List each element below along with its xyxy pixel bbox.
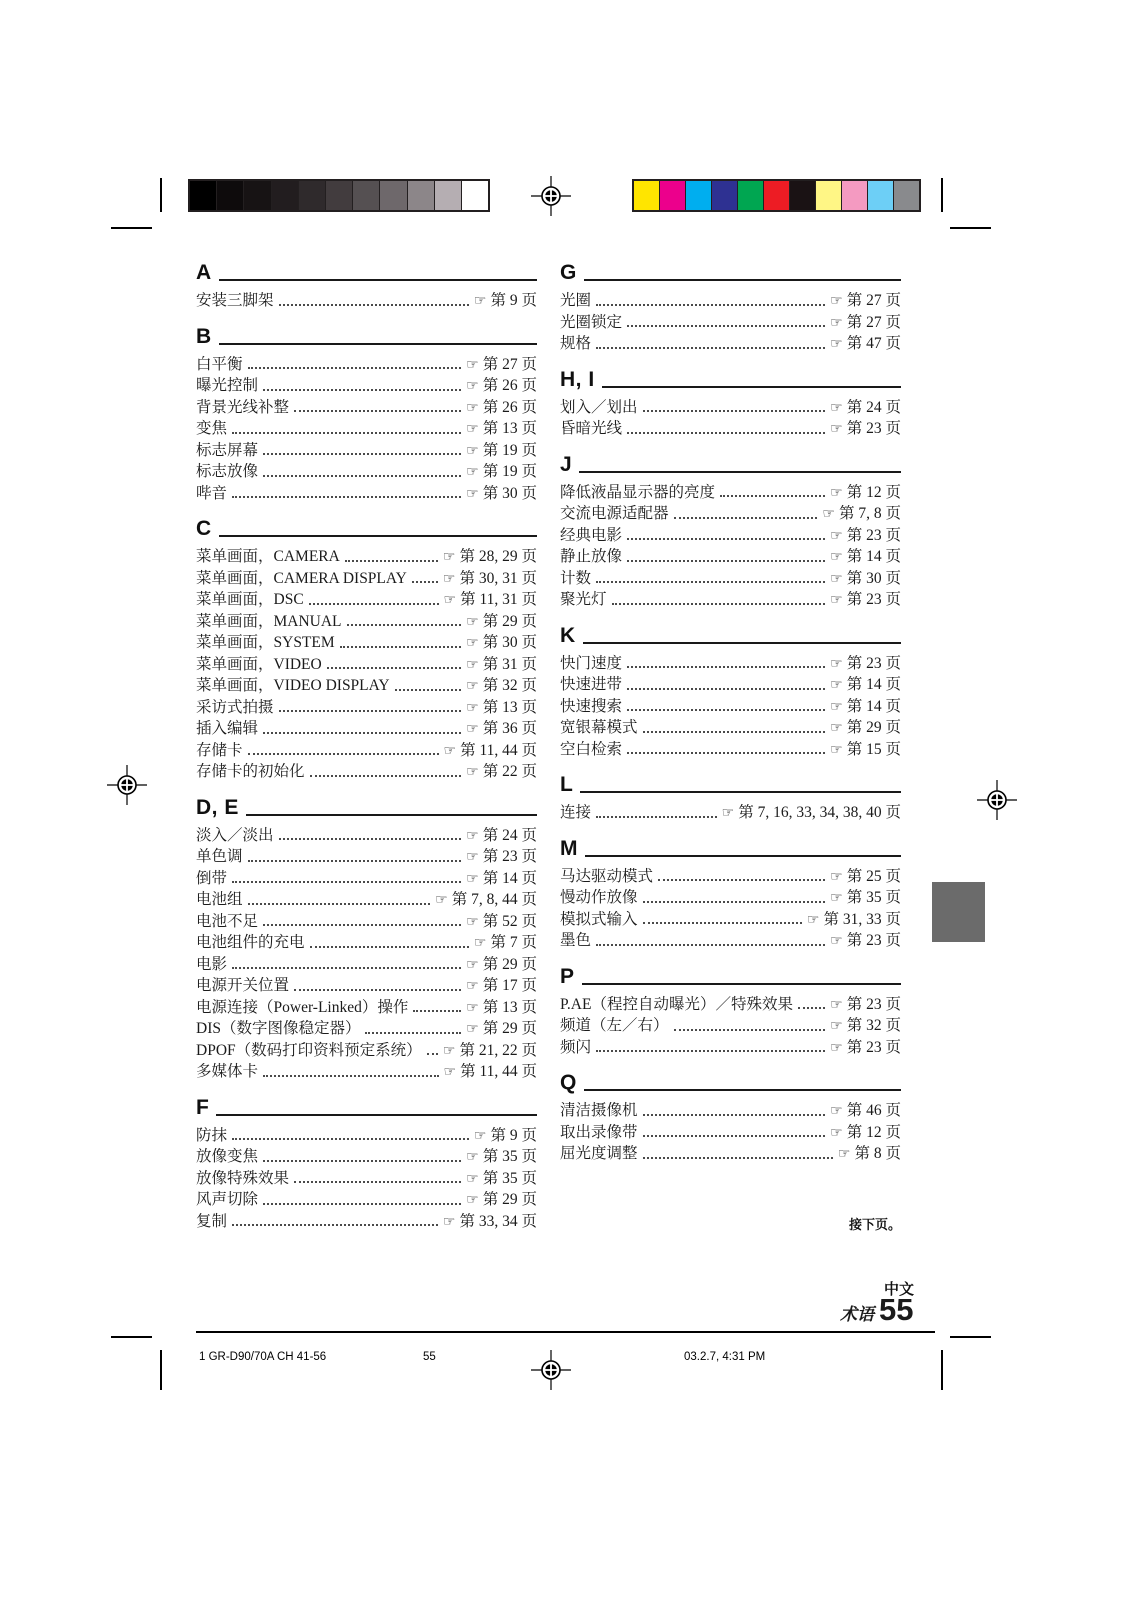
entry-term: 降低液晶显示器的亮度: [560, 480, 715, 502]
pointing-hand-icon: ☞: [830, 571, 843, 587]
entry-term: DIS（数字图像稳定器）: [196, 1016, 360, 1038]
pointing-hand-icon: ☞: [466, 957, 479, 973]
dot-leader: [643, 1157, 833, 1159]
pointing-hand-icon: ☞: [838, 1146, 851, 1162]
entry-term: 宽银幕模式: [560, 715, 638, 737]
entry-page-ref: 第 14 页: [483, 866, 537, 888]
registration-mark-icon: [531, 176, 571, 216]
section-letter: C: [196, 518, 212, 539]
dot-leader: [596, 944, 825, 946]
pointing-hand-icon: ☞: [444, 592, 457, 608]
dot-leader: [643, 1114, 826, 1116]
index-section: H, I划入／划出☞第 24 页昏暗光线☞第 23 页: [560, 365, 901, 438]
index-entry: 背景光线补整☞第 26 页: [196, 395, 537, 417]
entry-page-ref: 第 30 页: [847, 566, 901, 588]
entry-term: 电源开关位置: [196, 973, 289, 995]
dot-leader: [596, 816, 717, 818]
dot-leader: [720, 495, 825, 497]
entry-page-ref: 第 23 页: [847, 928, 901, 950]
pointing-hand-icon: ☞: [466, 678, 479, 694]
entry-term: 光圈锁定: [560, 310, 622, 332]
section-rule: [580, 791, 901, 793]
entry-page-ref: 第 23 页: [847, 587, 901, 609]
pointing-hand-icon: ☞: [443, 571, 456, 587]
index-entry: 单色调☞第 23 页: [196, 844, 537, 866]
entry-page-ref: 第 35 页: [847, 885, 901, 907]
section-header: J: [560, 450, 901, 475]
entry-term: 经典电影: [560, 523, 622, 545]
pointing-hand-icon: ☞: [443, 1214, 456, 1230]
index-entry: 频道（左／右）☞第 32 页: [560, 1013, 901, 1035]
entry-term: 变焦: [196, 416, 227, 438]
calibration-swatch: [326, 181, 353, 210]
dot-leader: [248, 903, 431, 905]
section-rule: [219, 535, 537, 537]
entry-term: 曝光控制: [196, 373, 258, 395]
dot-leader: [627, 709, 825, 711]
entry-term: 标志放像: [196, 459, 258, 481]
pointing-hand-icon: ☞: [474, 293, 487, 309]
dot-leader: [232, 1138, 469, 1140]
index-entry: 存储卡的初始化☞第 22 页: [196, 759, 537, 781]
entry-term: 电源连接（Power-Linked）操作: [196, 995, 408, 1017]
pointing-hand-icon: ☞: [830, 549, 843, 565]
section-letter: H, I: [560, 369, 595, 390]
pointing-hand-icon: ☞: [807, 912, 820, 928]
dot-leader: [612, 603, 826, 605]
index-entry: 电源连接（Power-Linked）操作☞第 13 页: [196, 995, 537, 1017]
index-section: F防抹☞第 9 页放像变焦☞第 35 页放像特殊效果☞第 35 页风声切除☞第 …: [196, 1093, 537, 1231]
calibration-swatch: [816, 181, 842, 210]
entry-page-ref: 第 29 页: [483, 952, 537, 974]
entry-page-ref: 第 24 页: [847, 395, 901, 417]
index-column-right: G光圈☞第 27 页光圈锁定☞第 27 页规格☞第 47 页H, I划入／划出☞…: [560, 258, 901, 1175]
pointing-hand-icon: ☞: [830, 890, 843, 906]
section-letter: B: [196, 326, 212, 347]
index-section: D, E淡入／淡出☞第 24 页单色调☞第 23 页倒带☞第 14 页电池组☞第…: [196, 793, 537, 1081]
index-entry: 交流电源适配器☞第 7, 8 页: [560, 501, 901, 523]
dot-leader: [627, 538, 825, 540]
entry-page-ref: 第 30 页: [483, 481, 537, 503]
section-letter: P: [560, 966, 575, 987]
dot-leader: [643, 1135, 826, 1137]
index-entry: DIS（数字图像稳定器）☞第 29 页: [196, 1016, 537, 1038]
pointing-hand-icon: ☞: [830, 400, 843, 416]
index-section: B白平衡☞第 27 页曝光控制☞第 26 页背景光线补整☞第 26 页变焦☞第 …: [196, 322, 537, 503]
entry-term: 电池不足: [196, 909, 258, 931]
pointing-hand-icon: ☞: [466, 657, 479, 673]
color-calibration-bar: [632, 179, 921, 212]
section-header: M: [560, 834, 901, 859]
index-entry: 菜单画面，CAMERA☞第 28, 29 页: [196, 544, 537, 566]
entry-page-ref: 第 31 页: [483, 652, 537, 674]
entry-page-ref: 第 25 页: [847, 864, 901, 886]
entry-page-ref: 第 7 页: [490, 930, 537, 952]
entry-term: 哔音: [196, 481, 227, 503]
pointing-hand-icon: ☞: [466, 635, 479, 651]
calibration-swatch: [790, 181, 816, 210]
entry-term: 空白检索: [560, 737, 622, 759]
pointing-hand-icon: ☞: [466, 1000, 479, 1016]
pointing-hand-icon: ☞: [474, 1128, 487, 1144]
section-rule: [585, 855, 901, 857]
index-entry: 计数☞第 30 页: [560, 566, 901, 588]
pointing-hand-icon: ☞: [722, 805, 735, 821]
calibration-swatch: [712, 181, 738, 210]
section-header: A: [196, 258, 537, 283]
index-entry: 白平衡☞第 27 页: [196, 352, 537, 374]
crop-mark: [160, 1350, 162, 1390]
entry-page-ref: 第 32 页: [847, 1013, 901, 1035]
dot-leader: [365, 1032, 461, 1034]
dot-leader: [627, 688, 825, 690]
index-entry: 划入／划出☞第 24 页: [560, 395, 901, 417]
index-entry: P.AE（程控自动曝光）／特殊效果☞第 23 页: [560, 992, 901, 1014]
entry-page-ref: 第 17 页: [483, 973, 537, 995]
entry-page-ref: 第 12 页: [847, 1120, 901, 1142]
section-rule: [602, 386, 901, 388]
dot-leader: [658, 879, 825, 881]
entry-page-ref: 第 52 页: [483, 909, 537, 931]
entry-term: 快速搜索: [560, 694, 622, 716]
pointing-hand-icon: ☞: [474, 935, 487, 951]
index-entry: 菜单画面，VIDEO☞第 31 页: [196, 652, 537, 674]
entry-page-ref: 第 8 页: [854, 1141, 901, 1163]
pointing-hand-icon: ☞: [466, 1192, 479, 1208]
calibration-swatch: [190, 181, 217, 210]
calibration-swatch: [634, 181, 660, 210]
dot-leader: [232, 1224, 438, 1226]
pointing-hand-icon: ☞: [466, 978, 479, 994]
pointing-hand-icon: ☞: [830, 720, 843, 736]
pointing-hand-icon: ☞: [830, 742, 843, 758]
index-entry: 快速搜索☞第 14 页: [560, 694, 901, 716]
pointing-hand-icon: ☞: [466, 400, 479, 416]
entry-page-ref: 第 46 页: [847, 1098, 901, 1120]
footer-timestamp: 03.2.7, 4:31 PM: [684, 1351, 765, 1363]
entry-page-ref: 第 9 页: [490, 1123, 537, 1145]
dot-leader: [627, 666, 825, 668]
index-section: J降低液晶显示器的亮度☞第 12 页交流电源适配器☞第 7, 8 页经典电影☞第…: [560, 450, 901, 609]
pointing-hand-icon: ☞: [830, 421, 843, 437]
entry-page-ref: 第 23 页: [483, 844, 537, 866]
index-entry: 聚光灯☞第 23 页: [560, 587, 901, 609]
calibration-swatch: [842, 181, 868, 210]
pointing-hand-icon: ☞: [444, 1064, 457, 1080]
index-entry: 多媒体卡☞第 11, 44 页: [196, 1059, 537, 1081]
pointing-hand-icon: ☞: [830, 1125, 843, 1141]
section-rule: [219, 279, 537, 281]
section-header: P: [560, 962, 901, 987]
dot-leader: [294, 410, 461, 412]
entry-page-ref: 第 29 页: [483, 1187, 537, 1209]
pointing-hand-icon: ☞: [466, 764, 479, 780]
entry-term: 风声切除: [196, 1187, 258, 1209]
crop-mark: [950, 1336, 991, 1338]
section-rule: [579, 471, 901, 473]
entry-term: 交流电源适配器: [560, 501, 669, 523]
entry-term: 菜单画面，SYSTEM: [196, 630, 335, 652]
entry-term: 频道（左／右）: [560, 1013, 669, 1035]
entry-page-ref: 第 15 页: [847, 737, 901, 759]
dot-leader: [674, 517, 818, 519]
entry-page-ref: 第 27 页: [847, 310, 901, 332]
crop-mark: [950, 227, 991, 229]
entry-page-ref: 第 19 页: [483, 459, 537, 481]
section-header: B: [196, 322, 537, 347]
entry-term: 菜单画面，DSC: [196, 587, 304, 609]
pointing-hand-icon: ☞: [830, 1103, 843, 1119]
index-section: G光圈☞第 27 页光圈锁定☞第 27 页规格☞第 47 页: [560, 258, 901, 353]
calibration-swatch: [738, 181, 764, 210]
pointing-hand-icon: ☞: [830, 699, 843, 715]
entry-term: 采访式拍摄: [196, 695, 274, 717]
entry-term: 取出录像带: [560, 1120, 638, 1142]
index-entry: 复制☞第 33, 34 页: [196, 1209, 537, 1231]
section-letter: J: [560, 454, 572, 475]
entry-page-ref: 第 13 页: [483, 416, 537, 438]
entry-term: 慢动作放像: [560, 885, 638, 907]
dot-leader: [596, 581, 825, 583]
section-header: Q: [560, 1068, 901, 1093]
calibration-swatch: [764, 181, 790, 210]
index-entry: 静止放像☞第 14 页: [560, 544, 901, 566]
entry-page-ref: 第 9 页: [490, 288, 537, 310]
section-letter: L: [560, 774, 573, 795]
index-entry: 电池不足☞第 52 页: [196, 909, 537, 931]
index-entry: 慢动作放像☞第 35 页: [560, 885, 901, 907]
entry-page-ref: 第 13 页: [483, 995, 537, 1017]
registration-mark-icon: [531, 1350, 571, 1390]
entry-term: DPOF（数码打印资料预定系统）: [196, 1038, 422, 1060]
dot-leader: [310, 775, 462, 777]
entry-page-ref: 第 23 页: [847, 992, 901, 1014]
dot-leader: [596, 1050, 825, 1052]
dot-leader: [345, 560, 438, 562]
index-entry: DPOF（数码打印资料预定系统）☞第 21, 22 页: [196, 1038, 537, 1060]
entry-page-ref: 第 23 页: [847, 416, 901, 438]
section-header: L: [560, 770, 901, 795]
crop-mark: [111, 1336, 152, 1338]
dot-leader: [412, 581, 438, 583]
pointing-hand-icon: ☞: [466, 1171, 479, 1187]
entry-term: 白平衡: [196, 352, 243, 374]
entry-term: 放像特殊效果: [196, 1166, 289, 1188]
manual-index-page: A安装三脚架☞第 9 页B白平衡☞第 27 页曝光控制☞第 26 页背景光线补整…: [0, 0, 1131, 1600]
dot-leader: [643, 922, 802, 924]
entry-term: 淡入／淡出: [196, 823, 274, 845]
pointing-hand-icon: ☞: [466, 421, 479, 437]
index-entry: 取出录像带☞第 12 页: [560, 1120, 901, 1142]
section-rule: [583, 642, 901, 644]
section-tab-marker: [932, 882, 985, 942]
entry-page-ref: 第 24 页: [483, 823, 537, 845]
continue-note: 接下页。: [849, 1214, 901, 1233]
calibration-swatch: [660, 181, 686, 210]
index-entry: 电源开关位置☞第 17 页: [196, 973, 537, 995]
index-entry: 哔音☞第 30 页: [196, 481, 537, 503]
dot-leader: [627, 325, 825, 327]
pointing-hand-icon: ☞: [466, 357, 479, 373]
section-header: K: [560, 621, 901, 646]
index-entry: 放像变焦☞第 35 页: [196, 1144, 537, 1166]
pointing-hand-icon: ☞: [830, 1018, 843, 1034]
entry-term: 电池组件的充电: [196, 930, 305, 952]
pointing-hand-icon: ☞: [435, 892, 448, 908]
index-entry: 曝光控制☞第 26 页: [196, 373, 537, 395]
entry-page-ref: 第 27 页: [847, 288, 901, 310]
entry-term: 电池组: [196, 887, 243, 909]
index-entry: 光圈☞第 27 页: [560, 288, 901, 310]
entry-page-ref: 第 11, 31 页: [460, 587, 537, 609]
entry-term: 菜单画面，VIDEO: [196, 652, 322, 674]
section-header: C: [196, 514, 537, 539]
section-letter: G: [560, 262, 577, 283]
dot-leader: [627, 432, 825, 434]
index-entry: 标志放像☞第 19 页: [196, 459, 537, 481]
pointing-hand-icon: ☞: [830, 869, 843, 885]
dot-leader: [294, 1181, 461, 1183]
dot-leader: [263, 1075, 438, 1077]
entry-term: 快速进带: [560, 672, 622, 694]
section-header: H, I: [560, 365, 901, 390]
calibration-swatch: [353, 181, 380, 210]
index-entry: 模拟式输入☞第 31, 33 页: [560, 907, 901, 929]
entry-page-ref: 第 11, 44 页: [460, 738, 537, 760]
entry-term: P.AE（程控自动曝光）／特殊效果: [560, 992, 793, 1014]
index-section: M马达驱动模式☞第 25 页慢动作放像☞第 35 页模拟式输入☞第 31, 33…: [560, 834, 901, 950]
index-entry: 菜单画面，DSC☞第 11, 31 页: [196, 587, 537, 609]
dot-leader: [427, 1053, 438, 1055]
index-entry: 防抹☞第 9 页: [196, 1123, 537, 1145]
crop-mark: [941, 178, 943, 212]
entry-page-ref: 第 31, 33 页: [823, 907, 901, 929]
dot-leader: [232, 432, 461, 434]
entry-page-ref: 第 7, 8, 44 页: [452, 887, 537, 909]
index-entry: 清洁摄像机☞第 46 页: [560, 1098, 901, 1120]
entry-term: 插入编辑: [196, 716, 258, 738]
entry-page-ref: 第 23 页: [847, 651, 901, 673]
section-letter: F: [196, 1097, 209, 1118]
dot-leader: [279, 838, 462, 840]
dot-leader: [643, 410, 826, 412]
dot-leader: [279, 304, 469, 306]
index-section: K快门速度☞第 23 页快速进带☞第 14 页快速搜索☞第 14 页宽银幕模式☞…: [560, 621, 901, 759]
section-letter: M: [560, 838, 578, 859]
index-entry: 风声切除☞第 29 页: [196, 1187, 537, 1209]
index-entry: 菜单画面，CAMERA DISPLAY☞第 30, 31 页: [196, 566, 537, 588]
section-rule: [584, 1089, 901, 1091]
entry-page-ref: 第 23 页: [847, 1035, 901, 1057]
index-entry: 昏暗光线☞第 23 页: [560, 416, 901, 438]
section-letter: A: [196, 262, 212, 283]
pointing-hand-icon: ☞: [466, 1149, 479, 1165]
dot-leader: [263, 453, 461, 455]
entry-term: 菜单画面，CAMERA: [196, 544, 340, 566]
calibration-swatch: [299, 181, 326, 210]
section-letter: D, E: [196, 797, 239, 818]
glossary-page-label: 术语 55: [840, 1294, 913, 1325]
entry-page-ref: 第 22 页: [483, 759, 537, 781]
entry-term: 昏暗光线: [560, 416, 622, 438]
index-section: Q清洁摄像机☞第 46 页取出录像带☞第 12 页屈光度调整☞第 8 页: [560, 1068, 901, 1163]
index-section: A安装三脚架☞第 9 页: [196, 258, 537, 310]
entry-page-ref: 第 33, 34 页: [459, 1209, 537, 1231]
dot-leader: [596, 347, 825, 349]
index-entry: 放像特殊效果☞第 35 页: [196, 1166, 537, 1188]
pointing-hand-icon: ☞: [830, 336, 843, 352]
section-letter: Q: [560, 1072, 577, 1093]
entry-page-ref: 第 13 页: [483, 695, 537, 717]
entry-term: 单色调: [196, 844, 243, 866]
entry-term: 多媒体卡: [196, 1059, 258, 1081]
dot-leader: [627, 560, 825, 562]
dot-leader: [643, 901, 826, 903]
dot-leader: [294, 989, 461, 991]
entry-page-ref: 第 29 页: [483, 609, 537, 631]
index-section: PP.AE（程控自动曝光）／特殊效果☞第 23 页频道（左／右）☞第 32 页频…: [560, 962, 901, 1057]
section-letter: K: [560, 625, 576, 646]
dot-leader: [263, 475, 461, 477]
entry-page-ref: 第 30 页: [483, 630, 537, 652]
calibration-swatch: [217, 181, 244, 210]
calibration-swatch: [686, 181, 712, 210]
index-entry: 频闪☞第 23 页: [560, 1035, 901, 1057]
entry-term: 防抹: [196, 1123, 227, 1145]
pointing-hand-icon: ☞: [466, 614, 479, 630]
index-section: C菜单画面，CAMERA☞第 28, 29 页菜单画面，CAMERA DISPL…: [196, 514, 537, 781]
page-number: 55: [879, 1294, 913, 1325]
entry-page-ref: 第 7, 8 页: [839, 501, 901, 523]
pointing-hand-icon: ☞: [466, 871, 479, 887]
section-rule: [584, 279, 901, 281]
section-rule: [216, 1114, 537, 1116]
pointing-hand-icon: ☞: [443, 1043, 456, 1059]
entry-page-ref: 第 23 页: [847, 523, 901, 545]
entry-page-ref: 第 14 页: [847, 672, 901, 694]
entry-term: 规格: [560, 331, 591, 353]
index-entry: 淡入／淡出☞第 24 页: [196, 823, 537, 845]
dot-leader: [347, 624, 462, 626]
entry-term: 计数: [560, 566, 591, 588]
dot-leader: [340, 646, 462, 648]
section-header: G: [560, 258, 901, 283]
pointing-hand-icon: ☞: [466, 849, 479, 865]
index-entry: 标志屏幕☞第 19 页: [196, 438, 537, 460]
entry-page-ref: 第 7, 16, 33, 34, 38, 40 页: [738, 800, 901, 822]
pointing-hand-icon: ☞: [466, 700, 479, 716]
bottom-rule: [196, 1331, 935, 1333]
entry-term: 静止放像: [560, 544, 622, 566]
entry-term: 菜单画面，MANUAL: [196, 609, 342, 631]
pointing-hand-icon: ☞: [466, 443, 479, 459]
registration-mark-icon: [107, 765, 147, 805]
entry-term: 屈光度调整: [560, 1141, 638, 1163]
index-entry: 经典电影☞第 23 页: [560, 523, 901, 545]
dot-leader: [263, 924, 461, 926]
dot-leader: [232, 496, 461, 498]
entry-page-ref: 第 47 页: [847, 331, 901, 353]
dot-leader: [248, 367, 462, 369]
entry-term: 倒带: [196, 866, 227, 888]
section-rule: [582, 983, 901, 985]
entry-term: 安装三脚架: [196, 288, 274, 310]
index-entry: 宽银幕模式☞第 29 页: [560, 715, 901, 737]
index-entry: 插入编辑☞第 36 页: [196, 716, 537, 738]
index-entry: 快门速度☞第 23 页: [560, 651, 901, 673]
entry-page-ref: 第 35 页: [483, 1144, 537, 1166]
entry-page-ref: 第 26 页: [483, 373, 537, 395]
